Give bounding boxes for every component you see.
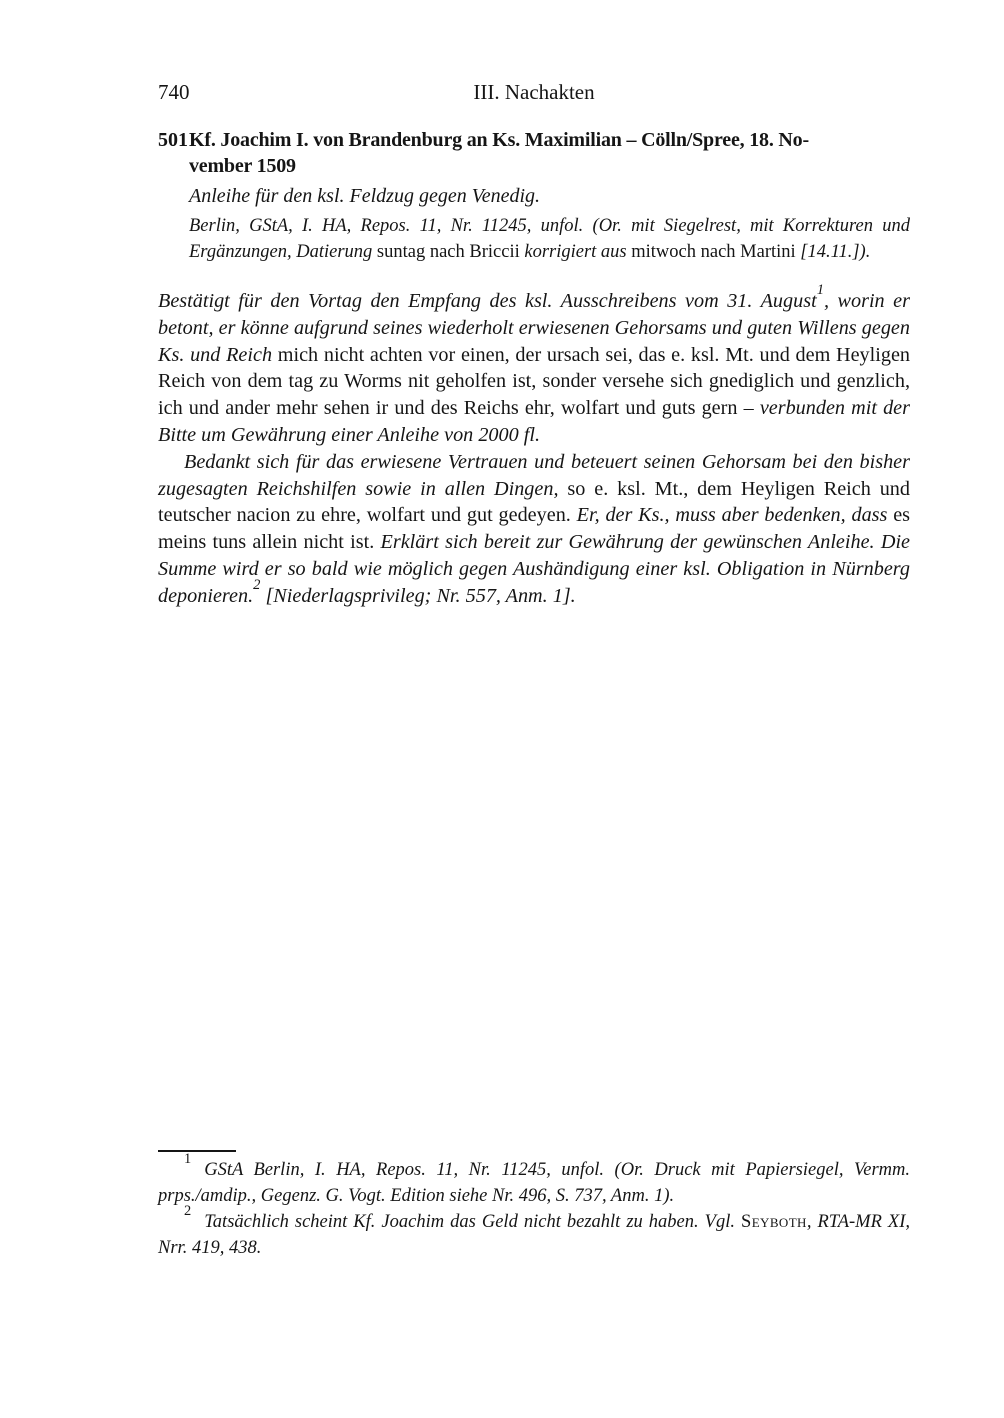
running-header-title: III. Nachakten [473,80,594,104]
text-segment: suntag nach Briccii [377,242,524,262]
footnotes-section: 1GStA Berlin, I. HA, Repos. 11, Nr. 1124… [158,1150,910,1261]
footnote-2: 2Tatsächlich scheint Kf. Joachim das Gel… [158,1209,910,1261]
footnote-separator [158,1150,236,1152]
regest-paragraph-2: Bedankt sich für das erwiesene Vertrauen… [158,449,910,610]
entry-number: 501 [158,127,188,153]
running-header: 740 III. Nachakten [158,80,910,104]
text-segment: [14.11.]). [800,242,870,262]
entry-title-line-1: Kf. Joachim I. von Brandenburg an Ks. Ma… [189,127,910,153]
footnote-ref-1: 1 [817,282,824,298]
regest-text: Bestätigt für den Vortag den Empfang des… [158,288,910,610]
page-number: 740 [158,80,190,104]
text-segment: mitwoch nach Martini [631,242,800,262]
text-segment: korrigiert aus [524,242,631,262]
entry-summary: Anleihe für den ksl. Feldzug gegen Vened… [189,184,910,209]
text-segment-smallcaps: Seyboth [741,1212,807,1232]
entry-title-line-2: vember 1509 [189,153,910,179]
text-segment: Bestätigt für den Vortag den Empfang des… [158,290,817,312]
entry-heading: 501 Kf. Joachim I. von Brandenburg an Ks… [158,127,910,179]
text-segment: Er, der Ks., muss aber bedenken, dass [577,504,894,526]
book-page: 740 III. Nachakten 501 Kf. Joachim I. vo… [0,0,1004,1418]
entry-title: Kf. Joachim I. von Brandenburg an Ks. Ma… [189,127,910,179]
footnote-number: 1 [184,1151,191,1167]
text-segment: Tatsächlich scheint Kf. Joachim das Geld… [204,1212,741,1232]
regest-paragraph-1: Bestätigt für den Vortag den Empfang des… [158,288,910,449]
text-segment: [Niederlagsprivileg; Nr. 557, Anm. 1]. [260,585,575,607]
footnote-1: 1GStA Berlin, I. HA, Repos. 11, Nr. 1124… [158,1157,910,1209]
footnote-number: 2 [184,1203,191,1219]
footnote-ref-2: 2 [253,577,260,593]
archive-citation: Berlin, GStA, I. HA, Repos. 11, Nr. 1124… [189,214,910,266]
text-segment: GStA Berlin, I. HA, Repos. 11, Nr. 11245… [158,1160,910,1206]
